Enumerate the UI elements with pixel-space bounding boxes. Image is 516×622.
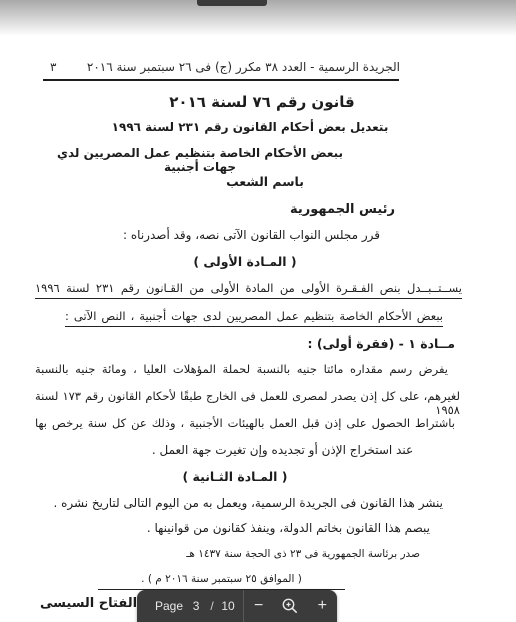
article1-line2-underlined: ببعض الأحكام الخاصة بتنظيم عمل المصريين …	[65, 309, 443, 327]
law-title: قانون رقم ٧٦ لسنة ٢٠١٦	[112, 93, 412, 111]
zoom-in-button[interactable]: +	[312, 596, 333, 616]
pdf-viewer-canvas: الجريدة الرسمية - العدد ٣٨ مكرر (ج) فى ٢…	[0, 0, 516, 622]
zoom-controls-group: − +	[244, 590, 337, 622]
decree-line: قرر مجلس النواب القانون الآتى نصه، وقد أ…	[123, 228, 380, 242]
clause-heading: مــادة ١ - (فقرة أولى) :	[307, 336, 455, 351]
total-pages: 10	[219, 599, 237, 613]
page-indicator-group: Page 3 / 10	[137, 590, 243, 622]
president-title: رئيس الجمهورية	[290, 202, 395, 217]
body-line-1: يفرض رسم مقداره مائتا جنيه بالنسبة لحملة…	[35, 362, 448, 376]
document-page: الجريدة الرسمية - العدد ٣٨ مكرر (ج) فى ٢…	[0, 0, 516, 622]
body-line-2: لغيرهم، على كل إذن يصدر لمصرى للعمل فى ا…	[35, 389, 460, 418]
current-page-input[interactable]: 3	[189, 599, 203, 613]
body-line-4: عند استخراج الإذن أو تجديده وإن تغيرت جه…	[145, 443, 420, 457]
header-rule	[43, 79, 399, 81]
article2-line2: يبصم هذا القانون بخاتم الدولة، وينفذ كقا…	[147, 521, 430, 535]
article2-heading: ( المـادة الثـانية )	[135, 469, 335, 484]
law-subtitle-2: ببعض الأحكام الخاصة بتنظيم عمل المصريين …	[50, 146, 350, 174]
gazette-page-number: ٣	[50, 60, 56, 74]
gazette-header: الجريدة الرسمية - العدد ٣٨ مكرر (ج) فى ٢…	[50, 60, 400, 74]
article1-heading: ( المـادة الأولى )	[145, 254, 345, 269]
issued-date-hijri: صدر برئاسة الجمهورية فى ٢٣ ذى الحجة سنة …	[186, 548, 420, 560]
page-separator: /	[207, 599, 217, 613]
issued-date-gregorian-underlined: ( الموافق ٢٥ سبتمبر سنة ٢٠١٦ م ) .	[98, 573, 345, 590]
gazette-header-text: الجريدة الرسمية - العدد ٣٨ مكرر (ج) فى ٢…	[87, 60, 400, 74]
zoom-out-button[interactable]: −	[248, 596, 269, 616]
in-name-of-people: باسم الشعب	[165, 174, 365, 189]
page-label: Page	[147, 599, 183, 613]
body-line-3: باشتراط الحصول على إذن قبل العمل بالهيئا…	[35, 416, 455, 430]
magnifier-plus-icon[interactable]	[277, 595, 303, 617]
article2-line1: ينشر هذا القانون فى الجريدة الرسمية، ويع…	[54, 496, 444, 510]
pdf-floating-toolbar: Page 3 / 10 − +	[137, 590, 337, 622]
law-subtitle-1: بتعديل بعض أحكام القانون رقم ٢٣١ لسنة ١٩…	[100, 120, 400, 134]
article1-line1-underlined: يســتــبــدل بنص الفـقـرة الأولى من الما…	[35, 281, 462, 299]
